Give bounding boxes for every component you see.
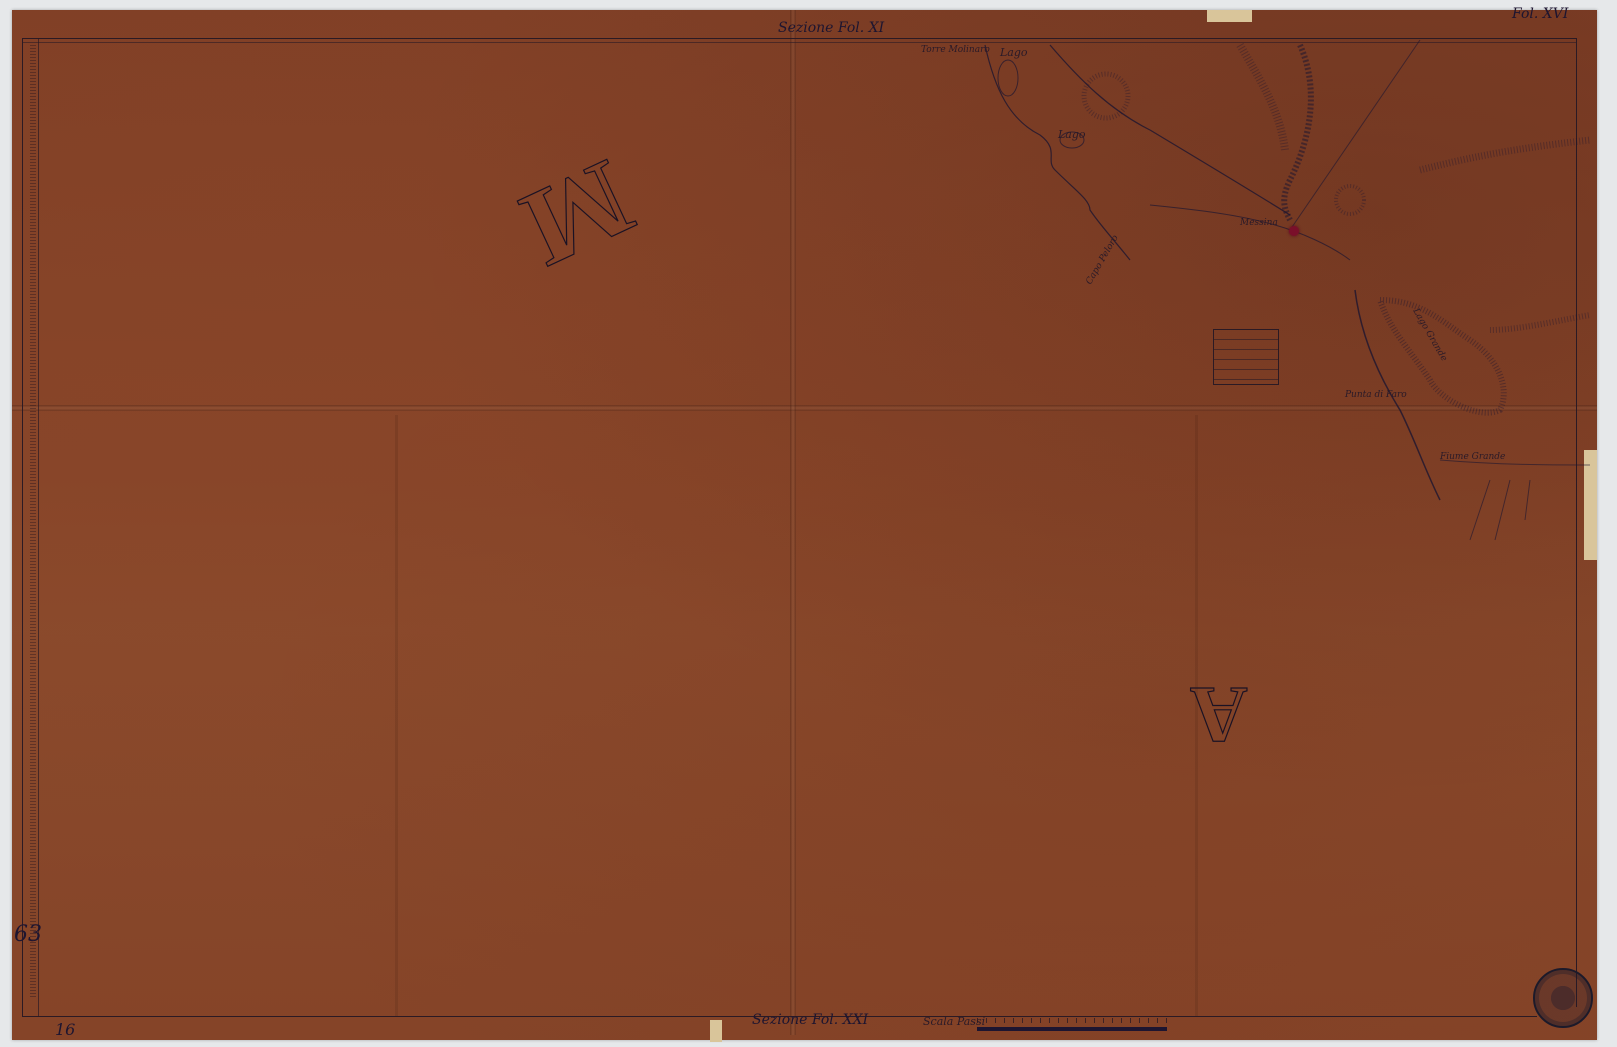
map-frame-right <box>1576 38 1577 1007</box>
latitude-scale-bar <box>30 45 36 997</box>
sheet-number: 16 <box>55 1020 75 1039</box>
fold-line-vertical <box>790 10 796 1035</box>
scale-bar <box>977 1027 1167 1031</box>
scale-label: Scala Passi <box>923 1015 985 1028</box>
paper-tear <box>1584 450 1597 560</box>
place-label: Punta di Faro <box>1345 390 1407 400</box>
place-label: Fiume Grande <box>1440 452 1505 462</box>
fold-line-minor <box>395 415 398 1017</box>
place-label-lago-1: Lago <box>1000 46 1028 59</box>
paper-tear <box>1207 10 1252 22</box>
map-frame-top-inner <box>22 42 1577 43</box>
paper-tear <box>710 1020 722 1042</box>
map-sheet <box>12 10 1597 1040</box>
section-label-top: Sezione Fol. XI <box>778 20 884 36</box>
map-frame-left <box>22 38 23 1017</box>
city-marker <box>1289 226 1299 236</box>
place-label-city: Messina <box>1240 218 1278 228</box>
place-label: Torre Molinaro <box>921 45 990 55</box>
map-frame-left-inner <box>38 38 39 1017</box>
section-label-top-right: Fol. XVI <box>1512 6 1568 22</box>
library-stamp <box>1533 968 1593 1028</box>
section-letter-a: A <box>1190 668 1248 759</box>
section-label-bottom: Sezione Fol. XXI <box>752 1012 868 1028</box>
map-frame-top <box>22 38 1577 39</box>
margin-number: 63 <box>14 922 42 947</box>
place-label-lago-2: Lago <box>1058 128 1086 141</box>
scale-ticks <box>977 1018 1167 1023</box>
legend-box <box>1213 329 1279 385</box>
fold-line-horizontal <box>12 405 1597 411</box>
